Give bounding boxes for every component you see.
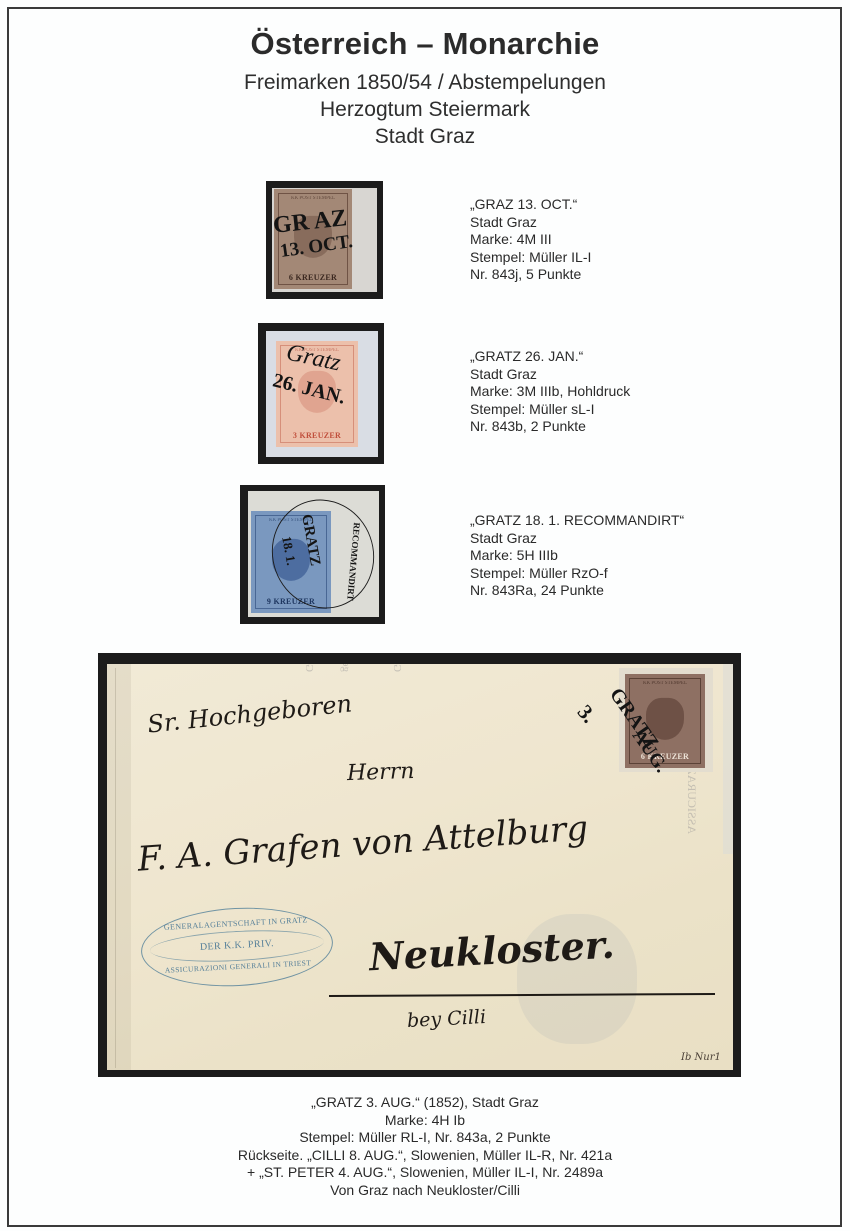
city: Stadt Graz [470, 530, 684, 548]
caption-cancel-type: Stempel: Müller RL-I, Nr. 843a, 2 Punkte [0, 1129, 850, 1147]
page-subtitle-region: Herzogtum Steiermark [0, 97, 850, 122]
page-subtitle-series: Freimarken 1850/54 / Abstempelungen [0, 70, 850, 95]
stamp-type: Marke: 5H IIIb [470, 547, 684, 565]
cancel-type: Stempel: Müller sL-I [470, 401, 630, 419]
address-title: Herrn [347, 759, 415, 786]
stamp-description-3: „GRATZ 18. 1. RECOMMANDIRT“ Stadt Graz M… [470, 512, 684, 600]
cancel-type: Stempel: Müller IL-I [470, 249, 591, 267]
cancel-name: „GRATZ 18. 1. RECOMMANDIRT“ [470, 512, 684, 530]
stamp-denomination: 3 KREUZER [276, 431, 358, 440]
cover-caption: „GRATZ 3. AUG.“ (1852), Stadt Graz Marke… [0, 1094, 850, 1200]
city: Stadt Graz [470, 214, 591, 232]
company-handstamp: GENERALAGENTSCHAFT IN GRATZ DER K.K. PRI… [139, 903, 335, 991]
caption-backstamp-2: + „ST. PETER 4. AUG.“, Slowenien, Müller… [0, 1164, 850, 1182]
caption-backstamp-1: Rückseite. „CILLI 8. AUG.“, Slowenien, M… [0, 1147, 850, 1165]
caption-cancel: „GRATZ 3. AUG.“ (1852), Stadt Graz [0, 1094, 850, 1112]
stamp-type: Marke: 3M IIIb, Hohldruck [470, 383, 630, 401]
city: Stadt Graz [470, 366, 630, 384]
stamp-type: Marke: 4M III [470, 231, 591, 249]
docket-note: Ib Nur1 [681, 1052, 721, 1063]
cancel-name: „GRAZ 13. OCT.“ [470, 196, 591, 214]
catalog-number: Nr. 843Ra, 24 Punkte [470, 582, 684, 600]
stamp-mount-3: KK POST STEMPEL 9 KREUZER GRATZ 18. 1. R… [240, 485, 385, 624]
catalog-number: Nr. 843j, 5 Punkte [470, 266, 591, 284]
page-subtitle-city: Stadt Graz [0, 124, 850, 149]
cancel-name: „GRATZ 26. JAN.“ [470, 348, 630, 366]
stamp-description-1: „GRAZ 13. OCT.“ Stadt Graz Marke: 4M III… [470, 196, 591, 284]
stamp-mount-1: KK POST STEMPEL 6 KREUZER GR AZ 13. OCT. [266, 181, 383, 299]
address-name: F. A. Grafen von Attelburg [136, 808, 589, 879]
reverse-print-bleed: Gegenstände bei Transporten zu Wasser un… [391, 664, 403, 672]
stamp-description-2: „GRATZ 26. JAN.“ Stadt Graz Marke: 3M II… [470, 348, 630, 436]
caption-stamp: Marke: 4H Ib [0, 1112, 850, 1130]
reverse-print-bleed: gegen Feuerschaden und Wassergefahren [340, 664, 352, 672]
address-via: bey Cilli [406, 1006, 486, 1032]
caption-route: Von Graz nach Neukloster/Cilli [0, 1182, 850, 1200]
reverse-print-bleed: Gegenstände die Versicherung aller Gattu… [303, 664, 315, 672]
address-salutation: Sr. Hochgeboren [146, 689, 353, 738]
cover-postmark-day: 3. [572, 700, 601, 728]
page-title: Österreich – Monarchie [0, 26, 850, 62]
stamp-denomination: 6 KREUZER [274, 273, 352, 282]
folded-letter-cover: Gegenstände die Versicherung aller Gattu… [107, 664, 733, 1070]
catalog-number: Nr. 843b, 2 Punkte [470, 418, 630, 436]
stamp-mount-2: KK POST STEMPEL 3 KREUZER Gratz 26. JAN. [258, 323, 384, 464]
cancel-type: Stempel: Müller RzO-f [470, 565, 684, 583]
